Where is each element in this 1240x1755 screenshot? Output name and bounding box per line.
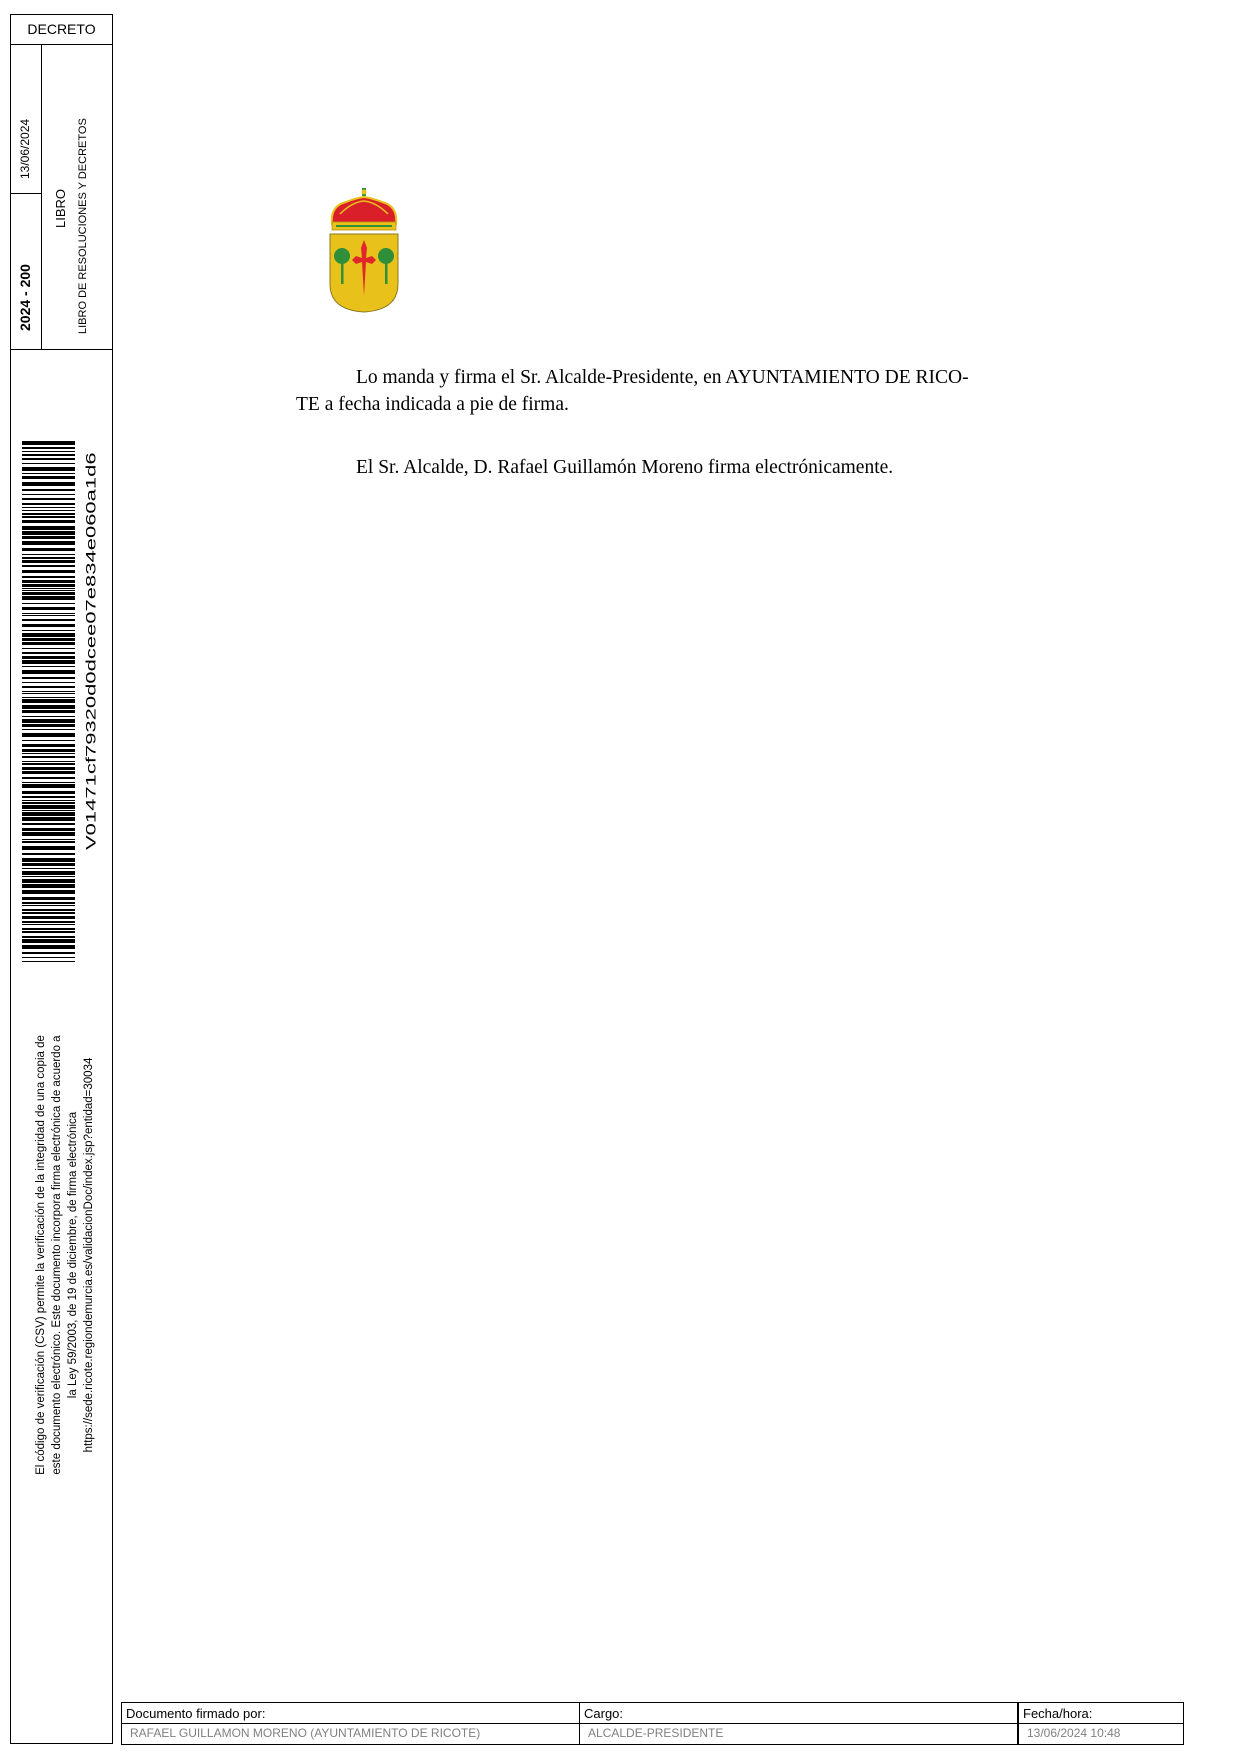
datetime-label: Fecha/hora: [1017,1703,1183,1724]
book-name: LIBRO DE RESOLUCIONES Y DECRETOS [77,118,89,334]
signed-by-value: RAFAEL GUILLAMON MORENO (AYUNTAMIENTO DE… [122,1724,579,1744]
paragraph-signature: El Sr. Alcalde, D. Rafael Guillamón More… [296,454,1041,481]
csv-notice: El código de verificación (CSV) permite … [33,1005,97,1505]
decree-date: 13/06/2024 [18,119,32,179]
document-type: DECRETO [11,15,112,45]
book-label: LIBRO [53,189,68,228]
document-body: Lo manda y firma el Sr. Alcalde-Presiden… [296,364,1041,481]
paragraph-order: Lo manda y firma el Sr. Alcalde-Presiden… [296,364,1041,418]
register-info: 13/06/2024 2024 - 200 LIBRO LIBRO DE RES… [11,44,112,350]
csv-barcode [22,441,75,964]
validation-url[interactable]: https://sede.ricote.regiondemurcia.es/va… [81,1005,97,1505]
datetime-value: 13/06/2024 10:48 [1017,1724,1183,1744]
decree-number: 2024 - 200 [17,264,33,331]
signature-table: Documento firmado por: Cargo: Fecha/hora… [121,1702,1184,1745]
coat-of-arms-logo [326,188,402,314]
csv-code: V01471cf79320d0dcee07e834e060a1d6 [83,452,99,850]
position-label: Cargo: [579,1703,1017,1724]
position-value: ALCALDE-PRESIDENTE [579,1724,1017,1744]
verification-sidebar: DECRETO 13/06/2024 2024 - 200 LIBRO LIBR… [10,14,113,1744]
signed-by-label: Documento firmado por: [122,1703,579,1724]
